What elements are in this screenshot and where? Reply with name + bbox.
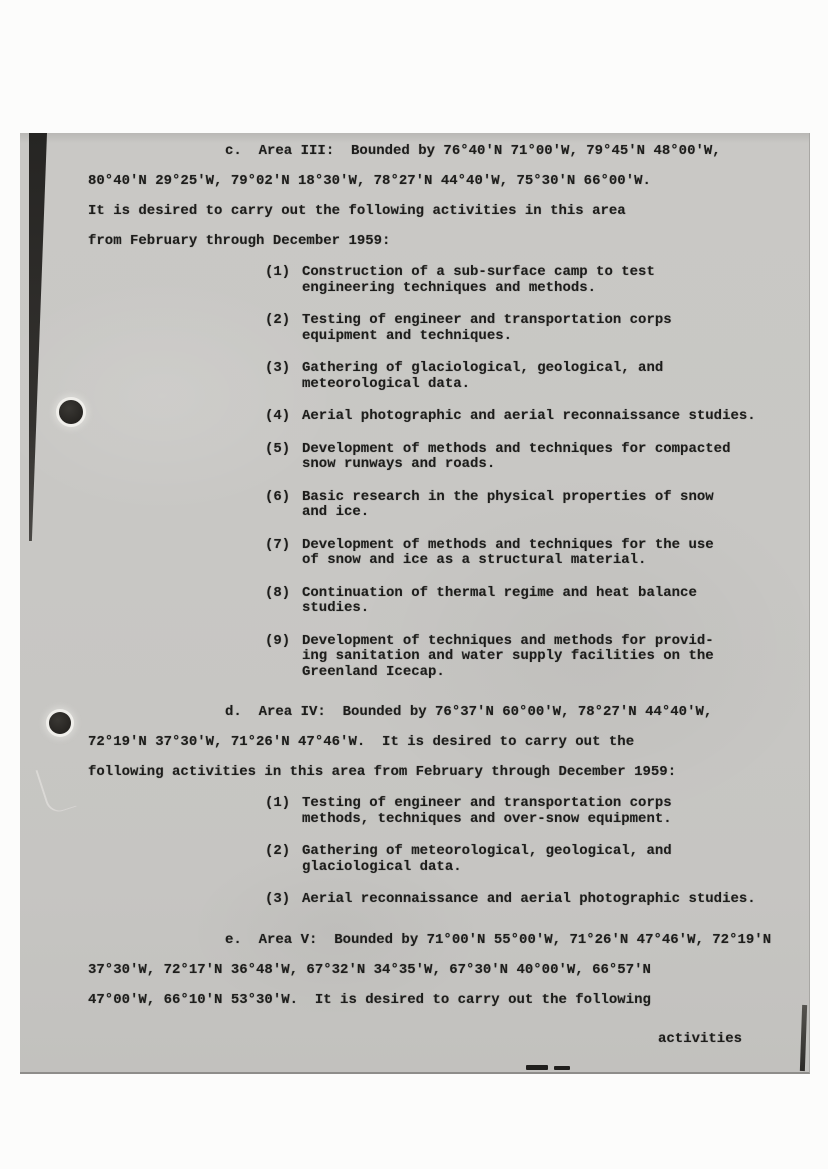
text-line: It is desired to carry out the following… bbox=[88, 196, 790, 226]
list-item: (4)Aerial photographic and aerial reconn… bbox=[265, 409, 790, 425]
page-right-edge-shadow bbox=[800, 1005, 807, 1071]
item-number: (3) bbox=[265, 361, 302, 392]
list-item: (9)Development of techniques and methods… bbox=[265, 634, 790, 681]
text-line: 37°30'W, 72°17'N 36°48'W, 67°32'N 34°35'… bbox=[88, 955, 790, 985]
item-text: Gathering of glaciological, geological, … bbox=[302, 361, 663, 392]
punch-hole-icon bbox=[49, 712, 71, 734]
item-number: (2) bbox=[265, 313, 302, 344]
item-text: Development of techniques and methods fo… bbox=[302, 634, 714, 681]
item-number: (8) bbox=[265, 586, 302, 617]
catchword: activities bbox=[88, 1031, 742, 1047]
item-number: (1) bbox=[265, 265, 302, 296]
list-item: (7)Development of methods and techniques… bbox=[265, 538, 790, 569]
list-item: (1)Construction of a sub-surface camp to… bbox=[265, 265, 790, 296]
scan-background: c. Area III: Bounded by 76°40'N 71°00'W,… bbox=[0, 0, 828, 1169]
list-item: (3)Aerial reconnaissance and aerial phot… bbox=[265, 892, 790, 908]
item-number: (1) bbox=[265, 796, 302, 827]
item-text: Development of methods and techniques fo… bbox=[302, 538, 714, 569]
text-line: 72°19'N 37°30'W, 71°26'N 47°46'W. It is … bbox=[88, 727, 790, 757]
item-number: (5) bbox=[265, 442, 302, 473]
text-line: 80°40'N 29°25'W, 79°02'N 18°30'W, 78°27'… bbox=[88, 166, 790, 196]
area-iii-activities-list: (1)Construction of a sub-surface camp to… bbox=[265, 265, 790, 680]
page-text-column: c. Area III: Bounded by 76°40'N 71°00'W,… bbox=[88, 136, 790, 1047]
text-line: 47°00'W, 66°10'N 53°30'W. It is desired … bbox=[88, 985, 790, 1015]
punch-hole-icon bbox=[59, 400, 83, 424]
text-line: following activities in this area from F… bbox=[88, 757, 790, 787]
item-number: (7) bbox=[265, 538, 302, 569]
document-page: c. Area III: Bounded by 76°40'N 71°00'W,… bbox=[20, 133, 810, 1074]
item-number: (9) bbox=[265, 634, 302, 681]
text-line: d. Area IV: Bounded by 76°37'N 60°00'W, … bbox=[88, 697, 790, 727]
list-item: (2)Gathering of meteorological, geologic… bbox=[265, 844, 790, 875]
list-item: (3)Gathering of glaciological, geologica… bbox=[265, 361, 790, 392]
item-text: Gathering of meteorological, geological,… bbox=[302, 844, 672, 875]
item-number: (3) bbox=[265, 892, 302, 908]
list-item: (6)Basic research in the physical proper… bbox=[265, 490, 790, 521]
item-text: Construction of a sub-surface camp to te… bbox=[302, 265, 655, 296]
item-number: (2) bbox=[265, 844, 302, 875]
item-number: (4) bbox=[265, 409, 302, 425]
area-iv-activities-list: (1)Testing of engineer and transportatio… bbox=[265, 796, 790, 908]
area-iv-intro: d. Area IV: Bounded by 76°37'N 60°00'W, … bbox=[88, 697, 790, 787]
list-item: (8)Continuation of thermal regime and he… bbox=[265, 586, 790, 617]
list-item: (2)Testing of engineer and transportatio… bbox=[265, 313, 790, 344]
list-item: (1)Testing of engineer and transportatio… bbox=[265, 796, 790, 827]
text-line: e. Area V: Bounded by 71°00'N 55°00'W, 7… bbox=[88, 925, 790, 955]
item-number: (6) bbox=[265, 490, 302, 521]
item-text: Testing of engineer and transportation c… bbox=[302, 796, 672, 827]
list-item: (5)Development of methods and techniques… bbox=[265, 442, 790, 473]
text-line: c. Area III: Bounded by 76°40'N 71°00'W,… bbox=[88, 136, 790, 166]
paper-crease bbox=[35, 762, 76, 815]
item-text: Aerial reconnaissance and aerial photogr… bbox=[302, 892, 756, 908]
area-iii-intro: c. Area III: Bounded by 76°40'N 71°00'W,… bbox=[88, 136, 790, 256]
binding-shadow bbox=[29, 133, 47, 541]
item-text: Aerial photographic and aerial reconnais… bbox=[302, 409, 756, 425]
item-text: Development of methods and techniques fo… bbox=[302, 442, 730, 473]
item-text: Continuation of thermal regime and heat … bbox=[302, 586, 697, 617]
area-v-intro: e. Area V: Bounded by 71°00'N 55°00'W, 7… bbox=[88, 925, 790, 1015]
item-text: Testing of engineer and transportation c… bbox=[302, 313, 672, 344]
text-line: from February through December 1959: bbox=[88, 226, 790, 256]
item-text: Basic research in the physical propertie… bbox=[302, 490, 714, 521]
cropped-page-number-mark bbox=[526, 1065, 576, 1071]
